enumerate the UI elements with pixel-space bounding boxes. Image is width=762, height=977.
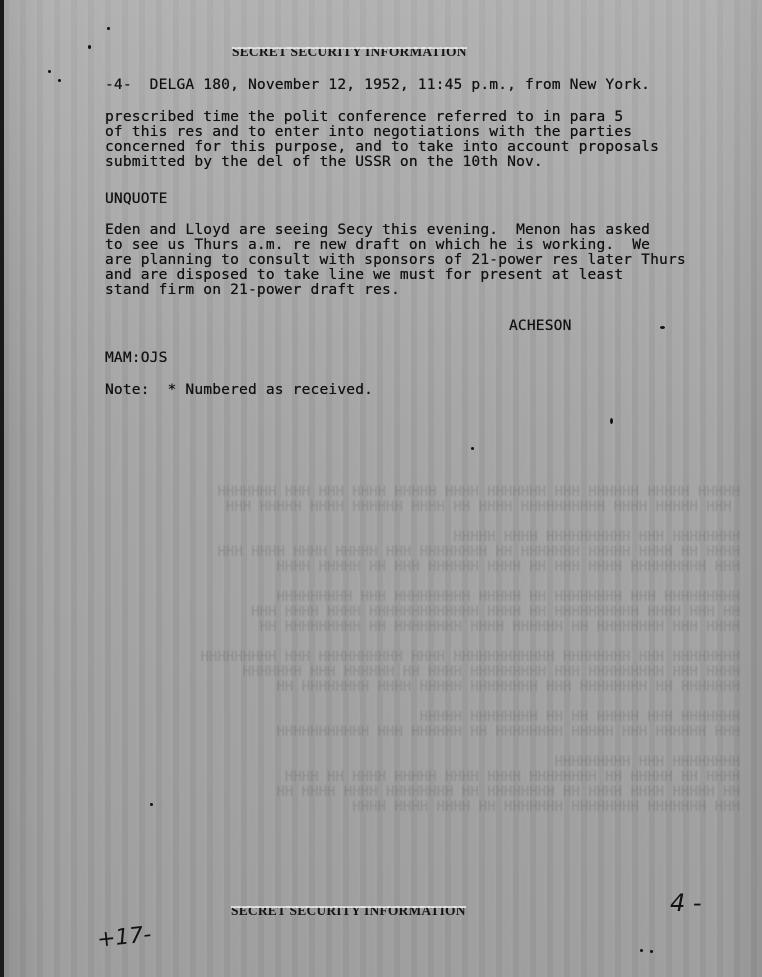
handwritten-page-number: 4 -: [670, 889, 702, 917]
text-line: and are disposed to take line we must fo…: [105, 267, 686, 282]
text-line: to see us Thurs a.m. re new draft on whi…: [105, 237, 686, 252]
quoted-paragraph: prescribed time the polit conference ref…: [105, 109, 659, 169]
scan-speck: [58, 79, 61, 82]
scan-speck: [471, 447, 474, 450]
classification-marking-top: SECRET SECURITY INFORMATION: [232, 44, 467, 60]
cable-header: -4- DELGA 180, November 12, 1952, 11:45 …: [105, 77, 650, 92]
body-paragraph: Eden and Lloyd are seeing Secy this even…: [105, 222, 686, 297]
bleed-through-text: HHHHH HHHHH HHHHHH HHH HHHHHHH HHHH HHHH…: [100, 470, 740, 890]
signature: ACHESON: [509, 318, 572, 333]
scan-speck: [150, 803, 153, 806]
scan-speck: [107, 27, 110, 30]
handwritten-folio-number: +17-: [96, 922, 153, 953]
text-line: concerned for this purpose, and to take …: [105, 139, 659, 154]
scan-speck: [650, 950, 653, 953]
text-line: prescribed time the polit conference ref…: [105, 109, 659, 124]
text-line: are planning to consult with sponsors of…: [105, 252, 686, 267]
strikethrough-line: [232, 47, 467, 49]
text-line: Eden and Lloyd are seeing Secy this even…: [105, 222, 686, 237]
text-line: of this res and to enter into negotiatio…: [105, 124, 659, 139]
scan-edge: [0, 0, 4, 977]
drafter-initials: MAM:OJS: [105, 350, 168, 365]
scan-speck: [660, 326, 665, 329]
scan-speck: [48, 70, 51, 73]
scan-speck: [88, 45, 91, 49]
unquote-marker: UNQUOTE: [105, 191, 168, 206]
text-line: stand firm on 21-power draft res.: [105, 282, 686, 297]
classification-marking-bottom: SECRET SECURITY INFORMATION: [231, 903, 466, 919]
footnote: Note: * Numbered as received.: [105, 382, 373, 397]
strikethrough-line: [231, 906, 466, 908]
text-line: submitted by the del of the USSR on the …: [105, 154, 659, 169]
scan-speck: [610, 418, 613, 424]
scan-speck: [640, 949, 643, 952]
